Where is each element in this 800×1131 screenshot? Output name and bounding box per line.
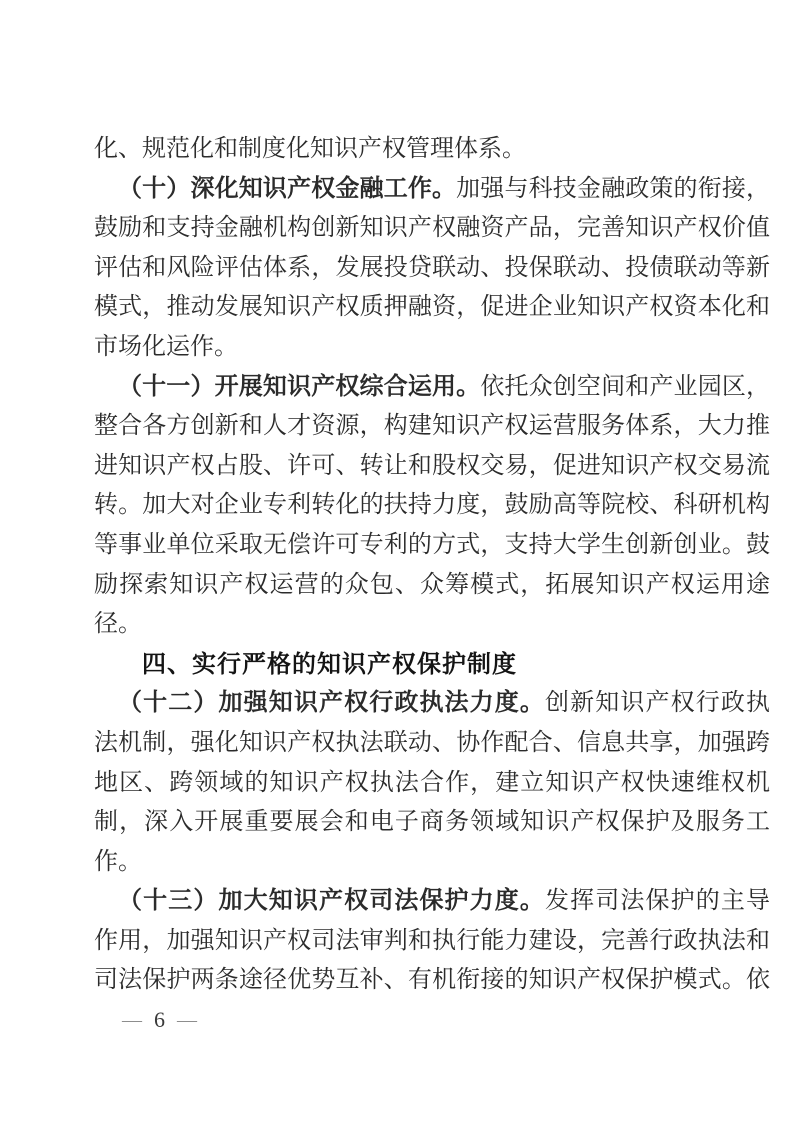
- document-page: 化、规范化和制度化知识产权管理体系。（十）深化知识产权金融工作。加强与科技金融政…: [0, 0, 800, 1131]
- text-line: 励探索知识产权运营的众包、众筹模式，拓展知识产权运用途: [94, 566, 770, 606]
- text-line: （十一）开展知识产权综合运用。依托众创空间和产业园区，: [94, 368, 770, 408]
- text-line: 制，深入开展重要展会和电子商务领域知识产权保护及服务工: [94, 803, 770, 843]
- section-heading: 四、实行严格的知识产权保护制度: [94, 645, 770, 685]
- text-line: （十二）加强知识产权行政执法力度。创新知识产权行政执: [94, 684, 770, 724]
- text-line: （十）深化知识产权金融工作。加强与科技金融政策的衔接，: [94, 170, 770, 210]
- footer-dash-right: —: [177, 1003, 197, 1037]
- text-line: （十三）加大知识产权司法保护力度。发挥司法保护的主导: [94, 882, 770, 922]
- text-line: 转。加大对企业专利转化的扶持力度，鼓励高等院校、科研机构: [94, 486, 770, 526]
- text-line: 法机制，强化知识产权执法联动、协作配合、信息共享，加强跨: [94, 724, 770, 764]
- text-line: 整合各方创新和人才资源，构建知识产权运营服务体系，大力推: [94, 407, 770, 447]
- page-footer: — 6 —: [122, 1003, 197, 1037]
- text-line: 作。: [94, 843, 770, 883]
- footer-dash-left: —: [122, 1003, 142, 1037]
- text-line: 司法保护两条途径优势互补、有机衔接的知识产权保护模式。依: [94, 961, 770, 1001]
- text-line: 径。: [94, 605, 770, 645]
- paragraph-lead: （十一）开展知识产权综合运用。: [118, 374, 480, 400]
- paragraph-lead: （十三）加大知识产权司法保护力度。: [118, 888, 545, 914]
- paragraph-lead: （十二）加强知识产权行政执法力度。: [118, 690, 545, 716]
- text-line: 评估和风险评估体系，发展投贷联动、投保联动、投债联动等新: [94, 249, 770, 289]
- text-line: 市场化运作。: [94, 328, 770, 368]
- document-text: 化、规范化和制度化知识产权管理体系。（十）深化知识产权金融工作。加强与科技金融政…: [94, 130, 770, 1001]
- text-line: 等事业单位采取无偿许可专利的方式，支持大学生创新创业。鼓: [94, 526, 770, 566]
- text-line: 化、规范化和制度化知识产权管理体系。: [94, 130, 770, 170]
- footer-page-number: 6: [152, 1003, 167, 1037]
- text-line: 鼓励和支持金融机构创新知识产权融资产品，完善知识产权价值: [94, 209, 770, 249]
- paragraph-lead: （十）深化知识产权金融工作。: [118, 176, 456, 202]
- text-line: 模式，推动发展知识产权质押融资，促进企业知识产权资本化和: [94, 288, 770, 328]
- text-line: 作用，加强知识产权司法审判和执行能力建设，完善行政执法和: [94, 922, 770, 962]
- text-line: 进知识产权占股、许可、转让和股权交易，促进知识产权交易流: [94, 447, 770, 487]
- text-line: 地区、跨领域的知识产权执法合作，建立知识产权快速维权机: [94, 764, 770, 804]
